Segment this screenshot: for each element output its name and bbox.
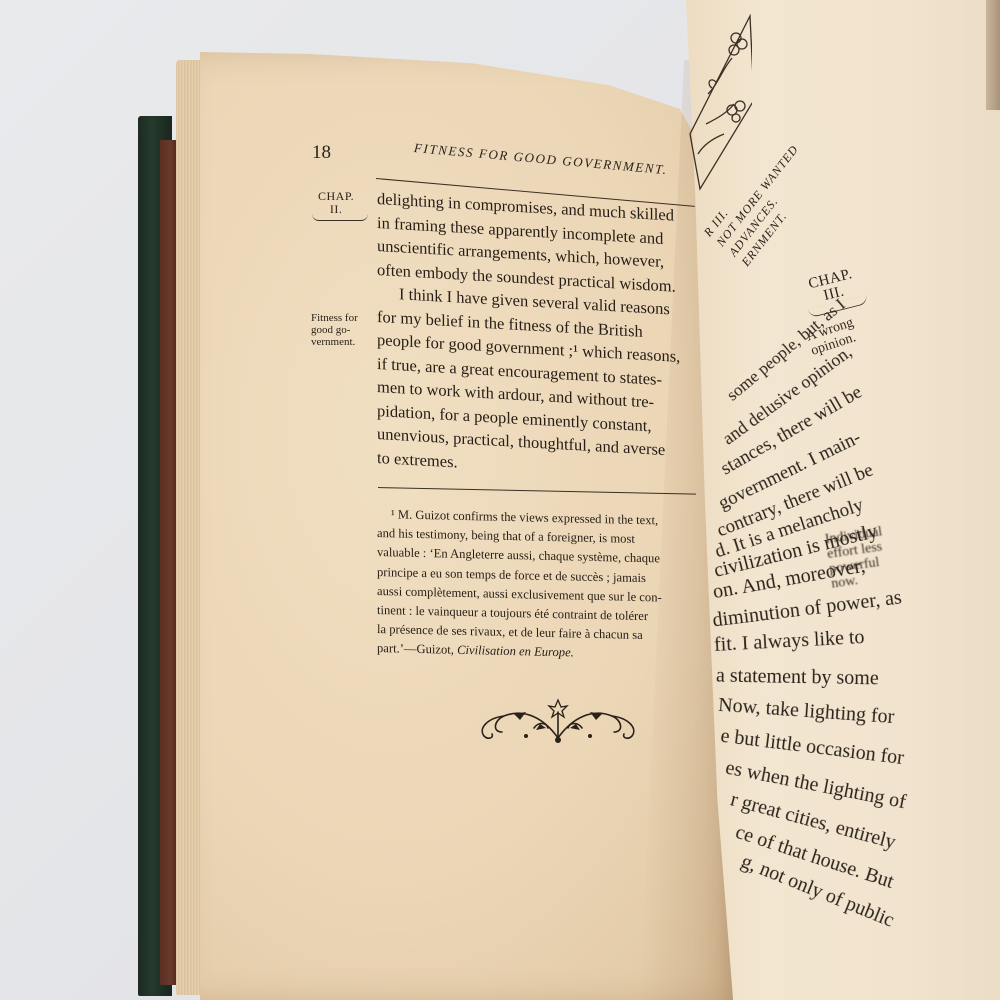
marginal-note-line: Fitness for bbox=[311, 312, 358, 324]
footnote: ¹ M. Guizot confirms the views expressed… bbox=[377, 505, 707, 666]
right-page-edge bbox=[986, 0, 1000, 110]
chapter-label: CHAP. II. bbox=[318, 190, 354, 216]
footnote-citation-author: part.’—Guizot, bbox=[377, 641, 454, 657]
marginal-note-line: vernment. bbox=[311, 336, 358, 348]
right-body-line: a statement by some bbox=[716, 665, 879, 691]
chapter-brace bbox=[312, 214, 368, 221]
footnote-citation-title: Civilisation en Europe. bbox=[457, 643, 574, 660]
marginal-note: Fitness for good go- vernment. bbox=[311, 312, 358, 348]
floral-tailpiece-ornament-icon bbox=[474, 698, 642, 748]
body-text: delighting in compromises, and much skil… bbox=[377, 187, 707, 487]
floral-headpiece-ornament-icon bbox=[688, 14, 752, 194]
book-photo: 18 FITNESS FOR GOOD GOVERNMENT. CHAP. II… bbox=[0, 0, 1000, 1000]
page-number: 18 bbox=[312, 142, 331, 164]
marginal-note-line: good go- bbox=[311, 324, 358, 336]
